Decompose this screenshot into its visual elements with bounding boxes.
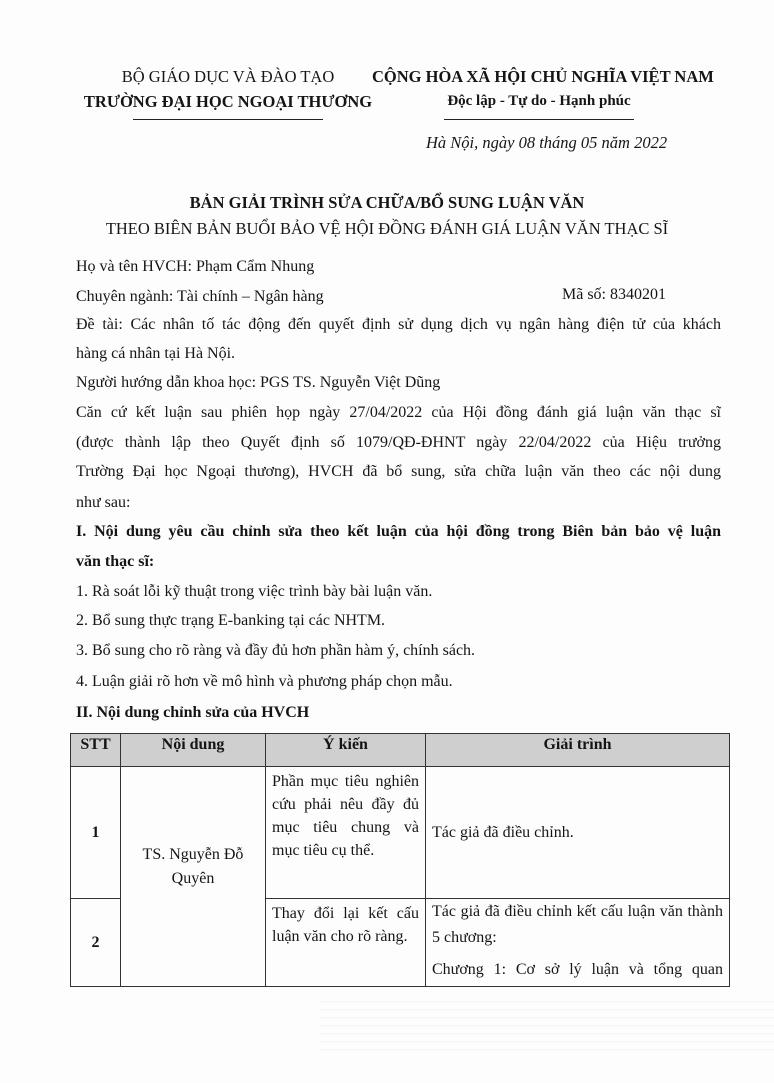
list-item: 1. Rà soát lỗi kỹ thuật trong việc trình… (76, 583, 432, 601)
school-name: TRƯỜNG ĐẠI HỌC NGOẠI THƯƠNG (78, 89, 378, 114)
column-header-opinion: Ý kiến (266, 734, 426, 767)
table-header-row: STT Nội dung Ý kiến Giải trình (71, 734, 730, 767)
advisor: Người hướng dẫn khoa học: PGS TS. Nguyễn… (76, 374, 440, 392)
preamble-line-3: Trường Đại học Ngoại thương), HVCH đã bổ… (76, 463, 721, 481)
major-code: Mã số: 8340201 (562, 286, 666, 304)
preamble-line-1: Căn cứ kết luận sau phiên họp ngày 27/04… (76, 404, 721, 422)
reviewer-name: TS. Nguyễn Đỗ Quyên (121, 767, 266, 987)
ministry-name: BỘ GIÁO DỤC VÀ ĐÀO TẠO (78, 64, 378, 89)
preamble-line-4: như sau: (76, 494, 130, 512)
section1-heading-cont: văn thạc sĩ: (76, 553, 154, 571)
explanation-cell: Tác giả đã điều chỉnh. (426, 767, 730, 899)
republic-name: CỘNG HÒA XÃ HỘI CHỦ NGHĨA VIỆT NAM (372, 64, 706, 89)
topic-line-2: hàng cá nhân tại Hà Nội. (76, 345, 235, 363)
list-item: 4. Luận giải rõ hơn về mô hình và phương… (76, 673, 453, 691)
document-title: BẢN GIẢI TRÌNH SỬA CHỮA/BỔ SUNG LUẬN VĂN (0, 193, 774, 213)
opinion-cell: Phần mục tiêu nghiên cứu phải nêu đầy đủ… (266, 767, 426, 899)
opinion-cell: Thay đổi lại kết cấu luận văn cho rõ ràn… (266, 899, 426, 987)
issuing-authority: BỘ GIÁO DỤC VÀ ĐÀO TẠO TRƯỜNG ĐẠI HỌC NG… (78, 64, 378, 120)
divider (133, 119, 323, 120)
explanation-paragraph: Chương 1: Cơ sở lý luận và tổng quan (432, 957, 723, 983)
table-row: 1 TS. Nguyễn Đỗ Quyên Phần mục tiêu nghi… (71, 767, 730, 899)
revision-table: STT Nội dung Ý kiến Giải trình 1 TS. Ngu… (70, 733, 730, 987)
divider (444, 119, 634, 120)
national-heading: CỘNG HÒA XÃ HỘI CHỦ NGHĨA VIỆT NAM Độc l… (372, 64, 706, 120)
column-header-stt: STT (71, 734, 121, 767)
section1-heading: I. Nội dung yêu cầu chỉnh sửa theo kết l… (76, 523, 721, 541)
row-number: 1 (71, 767, 121, 899)
topic-line-1: Đề tài: Các nhân tố tác động đến quyết đ… (76, 316, 721, 334)
explanation-paragraph: Tác giả đã điều chỉnh kết cấu luận văn t… (432, 899, 723, 951)
national-motto: Độc lập - Tự do - Hạnh phúc (372, 89, 706, 114)
date-line: Hà Nội, ngày 08 tháng 05 năm 2022 (426, 133, 667, 153)
document-subtitle: THEO BIÊN BẢN BUỔI BẢO VỆ HỘI ĐỒNG ĐÁNH … (0, 219, 774, 239)
major: Chuyên ngành: Tài chính – Ngân hàng (76, 288, 324, 306)
scan-artifact (320, 995, 774, 1055)
section2-heading: II. Nội dung chỉnh sửa của HVCH (76, 704, 309, 722)
column-header-explanation: Giải trình (426, 734, 730, 767)
student-name: Họ và tên HVCH: Phạm Cẩm Nhung (76, 258, 314, 276)
column-header-content: Nội dung (121, 734, 266, 767)
list-item: 3. Bổ sung cho rõ ràng và đầy đủ hơn phầ… (76, 642, 475, 660)
list-item: 2. Bổ sung thực trạng E-banking tại các … (76, 612, 385, 630)
row-number: 2 (71, 899, 121, 987)
explanation-cell: Tác giả đã điều chỉnh kết cấu luận văn t… (426, 899, 730, 987)
preamble-line-2: (được thành lập theo Quyết định số 1079/… (76, 434, 721, 452)
